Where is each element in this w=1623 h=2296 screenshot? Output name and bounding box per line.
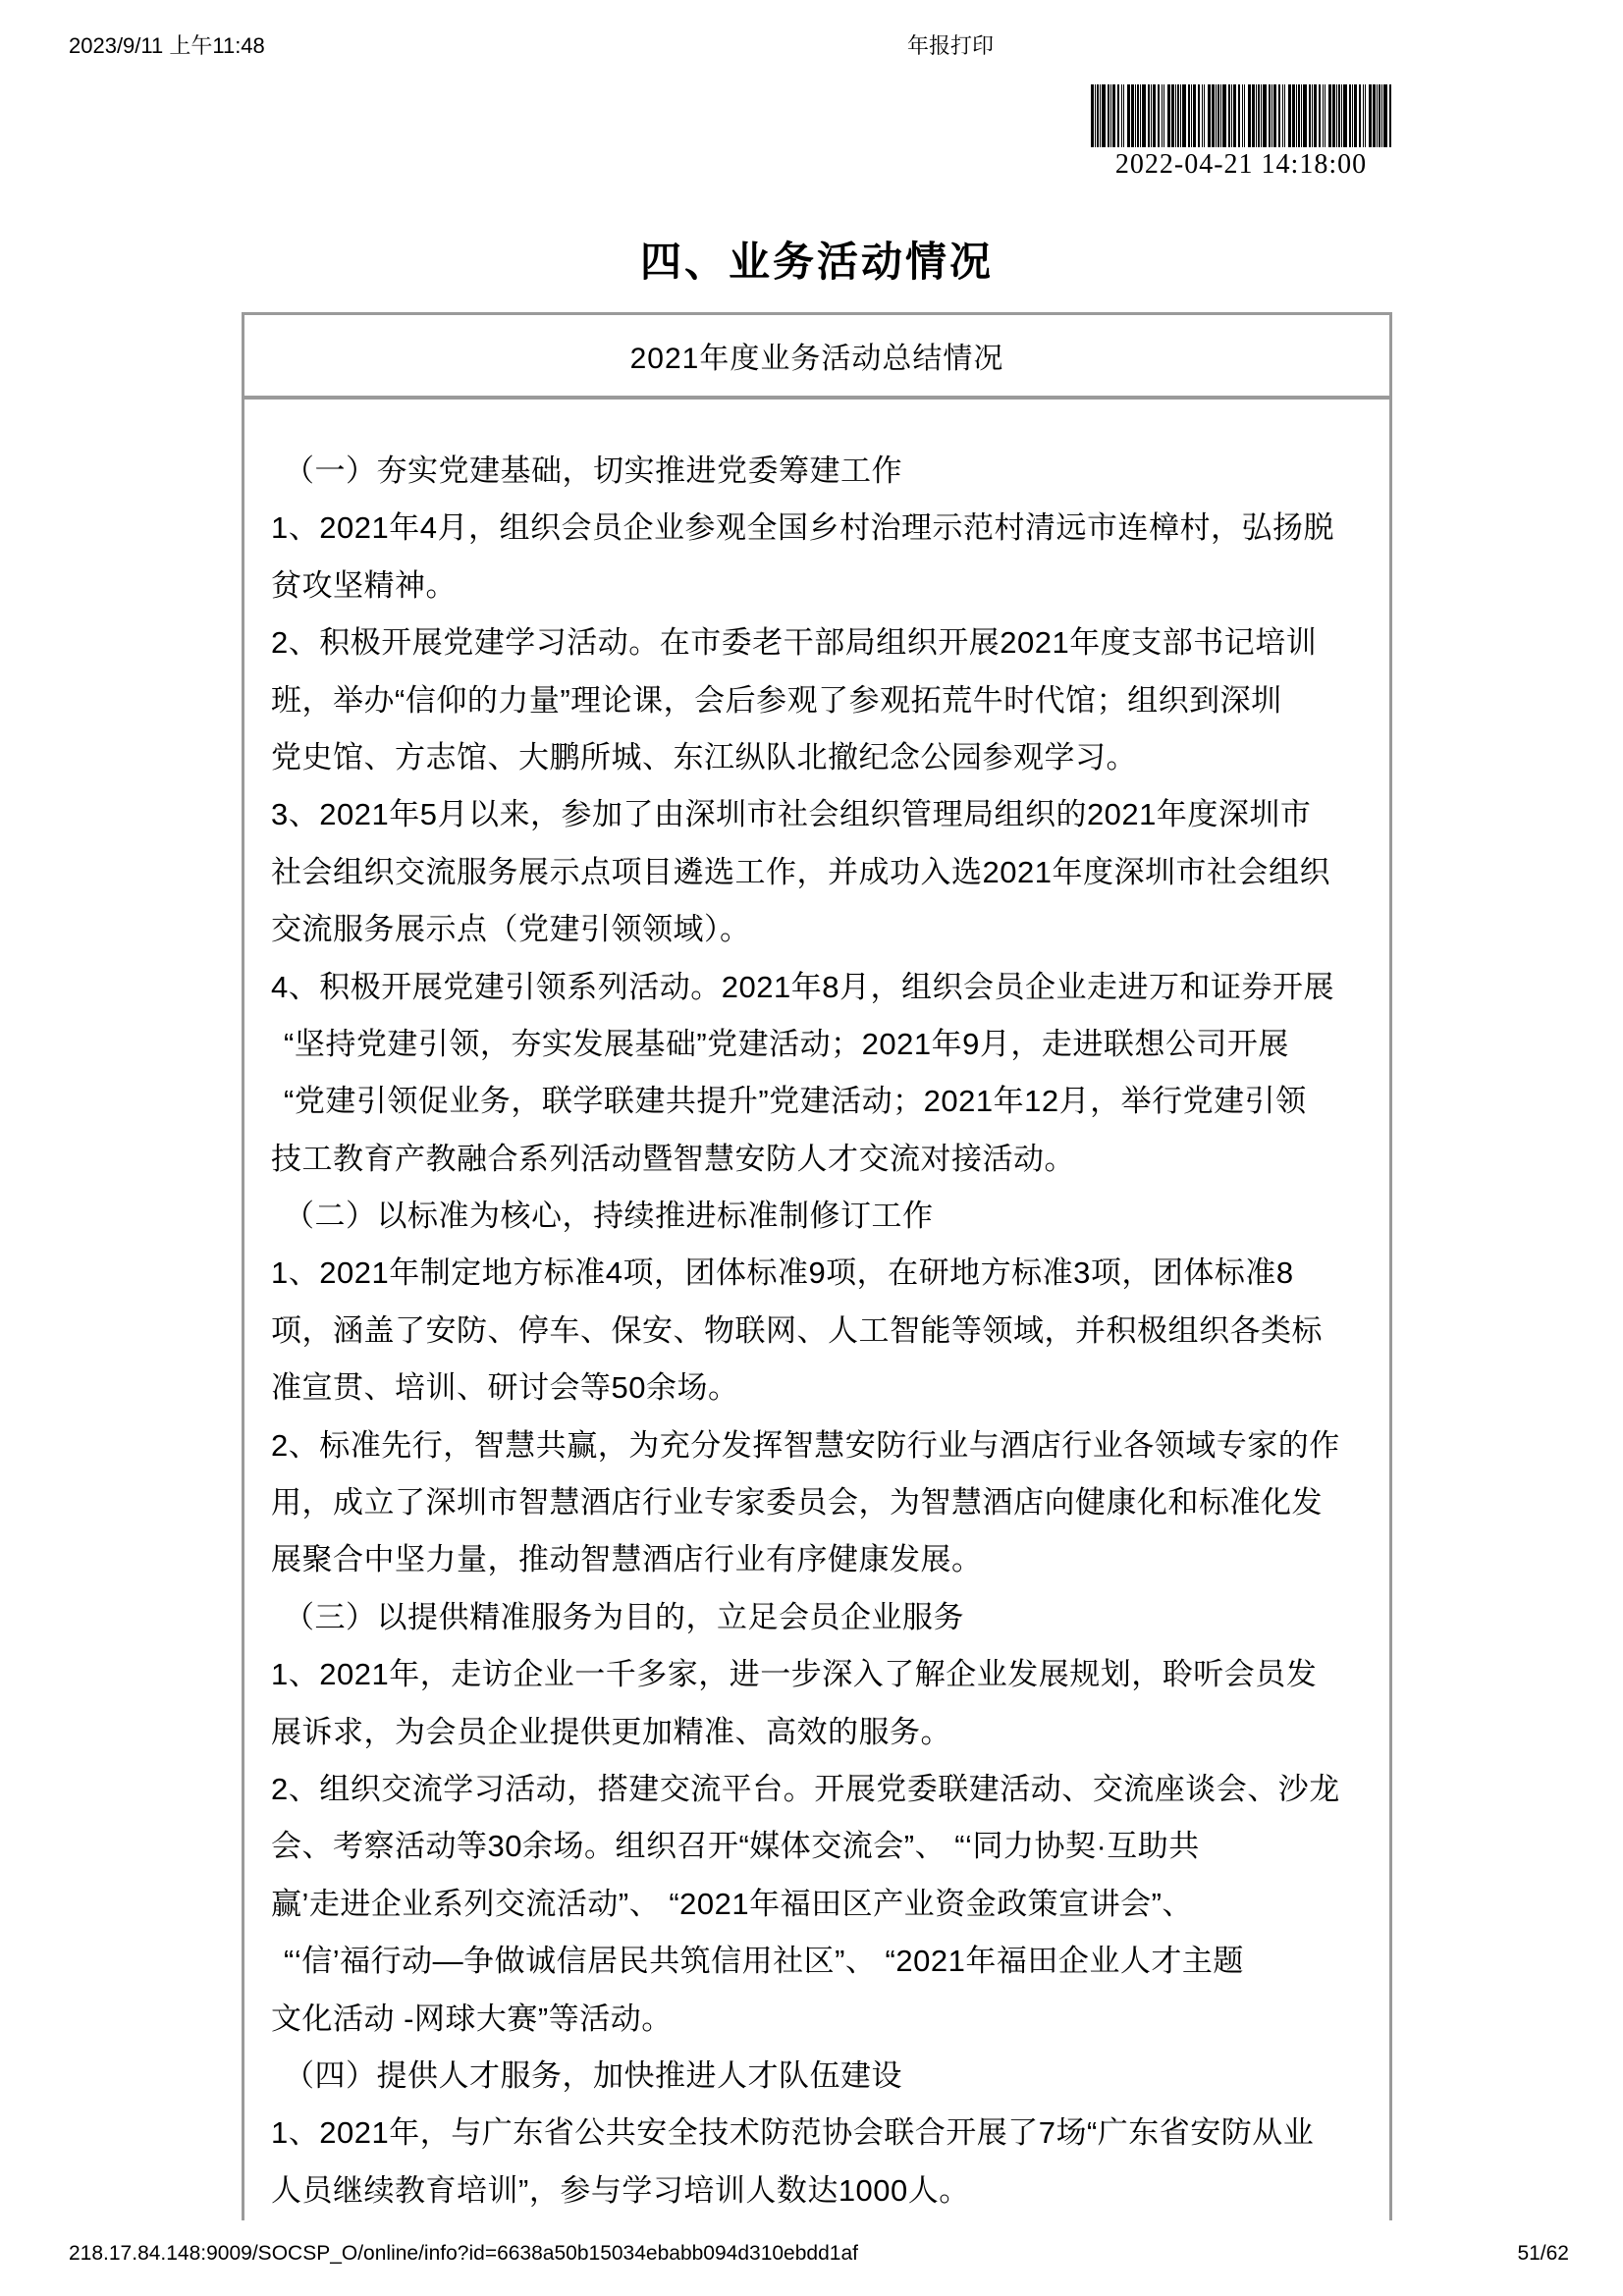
body-text-line: 用，成立了深圳市智慧酒店行业专家委员会，为智慧酒店向健康化和标准化发 — [271, 1474, 1370, 1531]
body-text-line: （一）夯实党建基础，切实推进党委筹建工作 — [271, 443, 1370, 500]
body-text-line: 文化活动 -网球大赛”等活动。 — [271, 1991, 1370, 2048]
document-section-title: 四、业务活动情况 — [242, 230, 1392, 289]
body-text-line: 展诉求，为会员企业提供更加精准、高效的服务。 — [271, 1704, 1370, 1761]
print-footer-page-number: 51/62 — [1517, 2242, 1569, 2266]
body-text-line: 2、标准先行，智慧共赢，为充分发挥智慧安防行业与酒店行业各领域专家的作 — [271, 1417, 1370, 1474]
body-text-line: 展聚合中坚力量，推动智慧酒店行业有序健康发展。 — [271, 1531, 1370, 1588]
body-text-line: 1、2021年4月，组织会员企业参观全国乡村治理示范村清远市连樟村，弘扬脱 — [271, 500, 1370, 557]
body-text-line: 1、2021年，与广东省公共安全技术防范协会联合开展了7场“广东省安防从业 — [271, 2105, 1370, 2162]
print-preview-page: 2023/9/11 上午11:48 年报打印 2022-04-21 14:18:… — [0, 0, 1623, 2296]
print-footer-url: 218.17.84.148:9009/SOCSP_O/online/info?i… — [69, 2242, 858, 2266]
body-text-line: 交流服务展示点（党建引领领域）。 — [271, 901, 1370, 958]
print-header-datetime: 2023/9/11 上午11:48 — [69, 29, 265, 60]
body-text-line: 2、积极开展党建学习活动。在市委老干部局组织开展2021年度支部书记培训 — [271, 614, 1370, 671]
body-text-line: 会、考察活动等30余场。组织召开“媒体交流会”、 “‘同力协契·互助共 — [271, 1818, 1370, 1875]
body-text-line: 2、组织交流学习活动，搭建交流平台。开展党委联建活动、交流座谈会、沙龙 — [271, 1761, 1370, 1818]
body-text-line: 1、2021年，走访企业一千多家，进一步深入了解企业发展规划，聆听会员发 — [271, 1646, 1370, 1703]
report-box-body: （一）夯实党建基础，切实推进党委筹建工作1、2021年4月，组织会员企业参观全国… — [244, 400, 1389, 2219]
body-text-line: “坚持党建引领，夯实发展基础”党建活动；2021年9月，走进联想公司开展 — [271, 1016, 1370, 1073]
body-text-line: （四）提供人才服务，加快推进人才队伍建设 — [271, 2048, 1370, 2105]
report-box-header: 2021年度业务活动总结情况 — [244, 315, 1389, 400]
body-text-line: 4、积极开展党建引领系列活动。2021年8月，组织会员企业走进万和证券开展 — [271, 959, 1370, 1016]
print-header-title: 年报打印 — [907, 29, 994, 60]
body-text-line: 3、2021年5月以来，参加了由深圳市社会组织管理局组织的2021年度深圳市 — [271, 786, 1370, 843]
body-text-line: 贫攻坚精神。 — [271, 558, 1370, 614]
body-text-line: 项，涵盖了安防、停车、保安、物联网、人工智能等领域，并积极组织各类标 — [271, 1303, 1370, 1360]
body-text-line: 社会组织交流服务展示点项目遴选工作，并成功入选2021年度深圳市社会组织 — [271, 844, 1370, 901]
body-text-line: 班，举办“信仰的力量”理论课，会后参观了参观拓荒牛时代馆；组织到深圳 — [271, 672, 1370, 729]
body-text-line: （二）以标准为核心，持续推进标准制修订工作 — [271, 1188, 1370, 1245]
body-text-line: 赢’走进企业系列交流活动”、 “2021年福田区产业资金政策宣讲会”、 — [271, 1876, 1370, 1933]
body-text-line: 技工教育产教融合系列活动暨智慧安防人才交流对接活动。 — [271, 1131, 1370, 1188]
body-text-line: “党建引领促业务，联学联建共提升”党建活动；2021年12月，举行党建引领 — [271, 1073, 1370, 1130]
barcode-timestamp: 2022-04-21 14:18:00 — [1076, 149, 1406, 181]
body-text-line: 准宣贯、培训、研讨会等50余场。 — [271, 1360, 1370, 1416]
body-text-line: “‘信’福行动—争做诚信居民共筑信用社区”、 “2021年福田企业人才主题 — [271, 1933, 1370, 1990]
body-text-line: （三）以提供精准服务为目的，立足会员企业服务 — [271, 1589, 1370, 1646]
barcode-image — [1091, 84, 1391, 147]
body-text-line: 党史馆、方志馆、大鹏所城、东江纵队北撤纪念公园参观学习。 — [271, 729, 1370, 786]
report-table-box: 2021年度业务活动总结情况 （一）夯实党建基础，切实推进党委筹建工作1、202… — [242, 312, 1392, 2220]
body-text-line: 1、2021年制定地方标准4项，团体标准9项，在研地方标准3项，团体标准8 — [271, 1245, 1370, 1302]
body-text-line: 人员继续教育培训”，参与学习培训人数达1000人。 — [271, 2163, 1370, 2219]
